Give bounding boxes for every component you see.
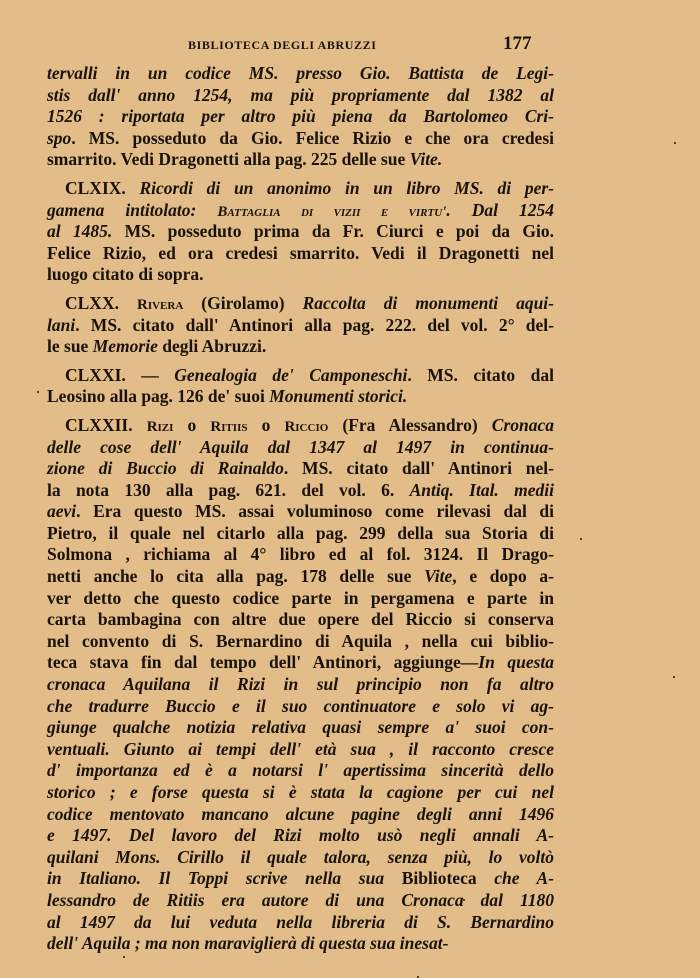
text-line: Leosino alla pag. 126 de' suoi Monumenti… (47, 386, 554, 408)
text-run: Solmona , richiama al 4° libro ed al fol… (47, 544, 554, 564)
text-run: ventuali. Giunto ai tempi dell' età sua … (47, 739, 554, 759)
text-run: luogo citato di sopra. (47, 264, 204, 284)
text-line: carta bambagina con altre due opere del … (47, 609, 554, 631)
print-speck (123, 956, 125, 958)
text-run: stis dall' anno 1254, ma più propriament… (47, 85, 554, 105)
paragraph-gap (47, 408, 554, 415)
text-run: gamena intitolato: (47, 200, 217, 220)
text-run: la nota 130 alla pag. 621. del vol. 6. (47, 480, 410, 500)
text-line: al 1485. MS. posseduto prima da Fr. Ciur… (47, 221, 554, 243)
text-run: Felice Rizio, ed ora credesi smarrito. V… (47, 243, 554, 263)
text-run: (Fra Alessandro) (328, 415, 491, 435)
text-run: che A- (477, 868, 554, 888)
text-line: dell' Aquila ; ma non maraviglierà di qu… (47, 933, 554, 955)
text-line: spo. MS. posseduto da Gio. Felice Rizio … (47, 128, 554, 150)
text-line: 1526 : riportata per altro più piena da … (47, 106, 554, 128)
entry-CLXXII: CLXXII. Rizi o Ritiis o Riccio (Fra Ales… (47, 415, 554, 955)
text-run: o (248, 415, 285, 435)
text-line: tervalli in un codice MS. presso Gio. Ba… (47, 63, 554, 85)
text-run: Genealogia de' Camponeschi (174, 365, 407, 385)
text-run: Ritiis (210, 419, 247, 435)
text-run: Battaglia di vizii e virtu' (217, 204, 446, 220)
text-line: in Italiano. Il Toppi scrive nella sua B… (47, 868, 554, 890)
text-line: ventuali. Giunto ai tempi dell' età sua … (47, 739, 554, 761)
text-run: In questa (478, 652, 554, 672)
text-run: Rizi (147, 419, 174, 435)
text-run: Raccolta di monumenti aqui- (303, 293, 554, 313)
text-line: giunge qualche notizia relativa quasi se… (47, 717, 554, 739)
print-speck (673, 676, 675, 678)
text-run: . Dal 1254 (446, 200, 554, 220)
text-line: nel convento di S. Bernardino di Aquila … (47, 631, 554, 653)
text-line: Pietro, il quale nel citarlo alla pag. 2… (47, 523, 554, 545)
text-line: CLXXI. — Genealogia de' Camponeschi. MS.… (47, 365, 554, 387)
text-line: lessandro de Ritiis era autore di una Cr… (47, 890, 554, 912)
text-run: Monumenti storici. (269, 386, 407, 406)
text-line: CLXXII. Rizi o Ritiis o Riccio (Fra Ales… (47, 415, 554, 437)
text-line: CLXX. Rivera (Girolamo) Raccolta di monu… (47, 293, 554, 315)
text-line: stis dall' anno 1254, ma più propriament… (47, 85, 554, 107)
text-run: Ricordi di un anonimo in un libro MS. di… (139, 178, 554, 198)
text-run: spo (47, 128, 71, 148)
text-line: zione di Buccio di Rainaldo. MS. citato … (47, 458, 554, 480)
paragraph-gap (47, 358, 554, 365)
print-speck (674, 142, 676, 144)
entry-CLXXI: CLXXI. — Genealogia de' Camponeschi. MS.… (47, 365, 554, 408)
text-run: giunge qualche notizia relativa quasi se… (47, 717, 554, 737)
text-run: tervalli in un codice MS. presso Gio. Ba… (47, 63, 554, 83)
text-run: cronaca Aquilana il Rizi in sul principi… (47, 674, 554, 694)
text-run: dell' Aquila ; ma non maraviglierà di qu… (47, 933, 448, 953)
text-line: netti anche lo cita alla pag. 178 delle … (47, 566, 554, 588)
print-speck (463, 899, 465, 901)
text-run: Vite. (410, 149, 443, 169)
text-run: carta bambagina con altre due opere del … (47, 609, 554, 629)
text-run: delle cose dell' Aquila dal 1347 al 1497… (47, 437, 554, 457)
text-run: al 1497 da lui veduta nella libreria di … (47, 912, 554, 932)
text-run: . MS. citato dall' Antinori nel- (284, 458, 554, 478)
text-run: Memorie (93, 336, 158, 356)
text-line: cronaca Aquilana il Rizi in sul principi… (47, 674, 554, 696)
paragraph-gap (47, 286, 554, 293)
text-run: Leosino alla pag. 126 de' suoi (47, 386, 269, 406)
text-run: degli Abruzzi. (158, 336, 266, 356)
text-run: Rivera (137, 297, 183, 313)
running-title: BIBLIOTECA DEGLI ABRUZZI (188, 38, 518, 53)
text-line: storico ; e forse questa si è stata la c… (47, 782, 554, 804)
text-run: . MS. posseduto da Gio. Felice Rizio e c… (71, 128, 554, 148)
text-run: (Girolamo) (183, 293, 302, 313)
text-line: codice mentovato mancano alcune pagine d… (47, 804, 554, 826)
text-line: che tradurre Buccio e il suo continuator… (47, 696, 554, 718)
text-line: CLXIX. Ricordi di un anonimo in un libro… (47, 178, 554, 200)
text-line: luogo citato di sopra. (47, 264, 554, 286)
text-run: lessandro de Ritiis era autore di una Cr… (47, 890, 554, 910)
text-line: ver detto che questo codice parte in per… (47, 588, 554, 610)
entry-CLXX: CLXX. Rivera (Girolamo) Raccolta di monu… (47, 293, 554, 358)
text-run: CLXIX. (65, 178, 139, 198)
text-run: CLXX. (65, 293, 137, 313)
text-run: 1526 : riportata per altro più piena da … (47, 106, 554, 126)
text-run: Pietro, il quale nel citarlo alla pag. 2… (47, 523, 554, 543)
entry-continuation: tervalli in un codice MS. presso Gio. Ba… (47, 63, 554, 171)
text-run: lani (47, 315, 75, 335)
text-run: e 1497. Del lavoro del Rizi molto usò ne… (47, 825, 554, 845)
text-run: le sue (47, 336, 93, 356)
text-run: smarrito. Vedi Dragonetti alla pag. 225 … (47, 149, 410, 169)
text-run: quilani Mons. Cirillo il quale talora, s… (47, 847, 554, 867)
text-line: Felice Rizio, ed ora credesi smarrito. V… (47, 243, 554, 265)
text-line: al 1497 da lui veduta nella libreria di … (47, 912, 554, 934)
text-run: MS. posseduto prima da Fr. Ciurci e poi … (112, 221, 554, 241)
text-run: . MS. citato dal (407, 365, 554, 385)
text-run: CLXXI. — (65, 365, 174, 385)
text-run: Biblioteca (402, 868, 477, 888)
text-run: . Era questo MS. assai voluminoso come r… (76, 501, 554, 521)
text-run: . MS. citato dall' Antinori alla pag. 22… (75, 315, 554, 335)
text-run: aevi (47, 501, 76, 521)
text-run: che tradurre Buccio e il suo continuator… (47, 696, 554, 716)
text-line: e 1497. Del lavoro del Rizi molto usò ne… (47, 825, 554, 847)
text-run: zione di Buccio di Rainaldo (47, 458, 284, 478)
entry-CLXIX: CLXIX. Ricordi di un anonimo in un libro… (47, 178, 554, 286)
book-page: BIBLIOTECA DEGLI ABRUZZI 177 tervalli in… (0, 0, 700, 978)
text-run: codice mentovato mancano alcune pagine d… (47, 804, 554, 824)
text-line: le sue Memorie degli Abruzzi. (47, 336, 554, 358)
page-number: 177 (503, 33, 532, 55)
text-run: ver detto che questo codice parte in per… (47, 588, 554, 608)
text-run: teca stava fin dal tempo dell' Antinori,… (47, 652, 478, 672)
text-run: Vite (424, 566, 452, 586)
print-speck (37, 391, 39, 393)
text-line: la nota 130 alla pag. 621. del vol. 6. A… (47, 480, 554, 502)
text-run: Riccio (284, 419, 328, 435)
text-run: storico ; e forse questa si è stata la c… (47, 782, 554, 802)
text-line: smarrito. Vedi Dragonetti alla pag. 225 … (47, 149, 554, 171)
text-line: teca stava fin dal tempo dell' Antinori,… (47, 652, 554, 674)
text-line: delle cose dell' Aquila dal 1347 al 1497… (47, 437, 554, 459)
text-run: in Italiano. Il Toppi scrive nella sua (47, 868, 402, 888)
text-run: d' importanza ed è a notarsi l' apertiss… (47, 760, 554, 780)
text-line: quilani Mons. Cirillo il quale talora, s… (47, 847, 554, 869)
text-run: CLXXII. (65, 415, 147, 435)
print-speck (580, 538, 582, 540)
page-body: tervalli in un codice MS. presso Gio. Ba… (47, 63, 554, 955)
text-line: lani. MS. citato dall' Antinori alla pag… (47, 315, 554, 337)
text-run: o (173, 415, 210, 435)
text-run: , e dopo a- (452, 566, 554, 586)
text-run: al 1485. (47, 221, 112, 241)
text-run: Antiq. Ital. medii (410, 480, 554, 500)
text-line: aevi. Era questo MS. assai voluminoso co… (47, 501, 554, 523)
text-line: d' importanza ed è a notarsi l' apertiss… (47, 760, 554, 782)
text-run: Cronaca (492, 415, 554, 435)
text-line: gamena intitolato: Battaglia di vizii e … (47, 200, 554, 222)
text-run: nel convento di S. Bernardino di Aquila … (47, 631, 554, 651)
paragraph-gap (47, 171, 554, 178)
text-run: netti anche lo cita alla pag. 178 delle … (47, 566, 424, 586)
text-line: Solmona , richiama al 4° libro ed al fol… (47, 544, 554, 566)
